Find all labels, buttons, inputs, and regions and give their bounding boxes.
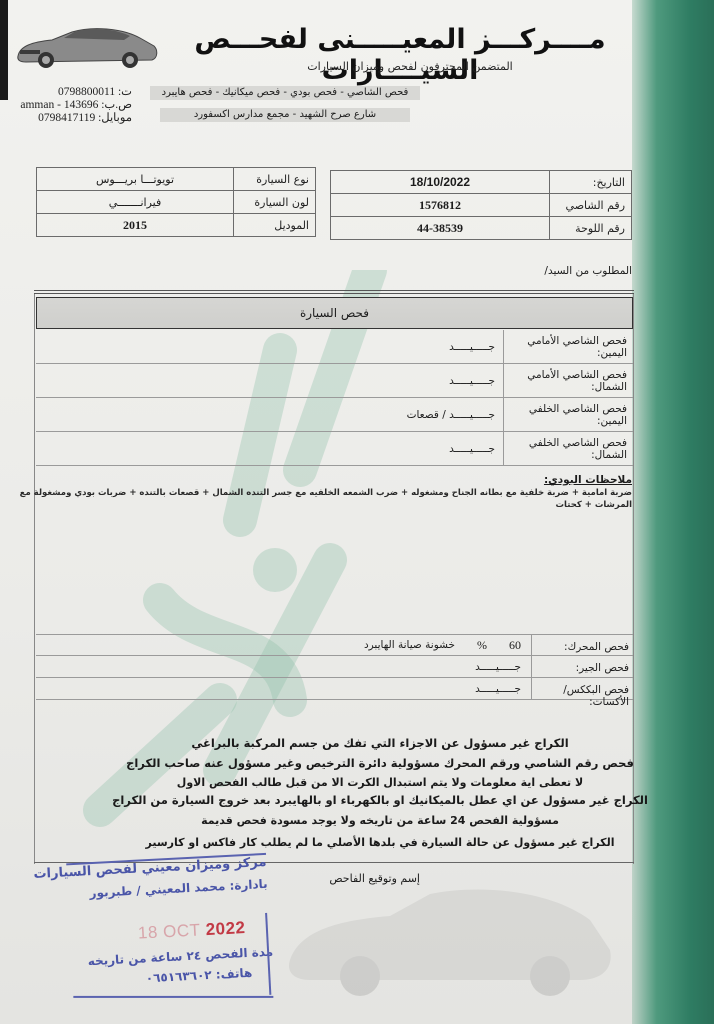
engine-check-label: فحص المحرك: <box>531 635 633 655</box>
gear-check-value: جـــــيـــــد <box>475 656 521 677</box>
disclaimer-line: الكراج غير مسؤول عن حالة السيارة في بلده… <box>100 836 660 849</box>
stamp-validity-line: مدة الفحص ٢٤ ساعة من تاريخه <box>87 945 273 969</box>
stamp-date-month: OCT <box>163 920 201 941</box>
registration-table: التاريخ: 18/10/2022 رقم الشاصي 1576812 ر… <box>330 170 632 240</box>
car-logo-icon <box>12 20 160 72</box>
type-label: نوع السيارة <box>234 168 316 191</box>
chassis-check-value: جـــــيـــــد / قصعات <box>407 398 495 431</box>
scan-edge <box>0 0 8 100</box>
chassis-check-label: فحص الشاصي الخلفي الشمال: <box>503 432 633 465</box>
chassis-check-label: فحص الشاصي الخلفي اليمين: <box>503 398 633 431</box>
engine-check-value-group: 60 % خشونة صيانة الهايبرد <box>364 635 521 655</box>
gear-check-label: فحص الجير: <box>531 656 633 677</box>
disclaimer-line: فحص رقم الشاصي ورقم المحرك مسؤولية دائرة… <box>100 756 660 770</box>
axle-check-value: جـــــيـــــد <box>475 678 521 699</box>
engine-note: خشونة صيانة الهايبرد <box>364 639 455 651</box>
chassis-value: 1576812 <box>331 194 550 217</box>
date-label: التاريخ: <box>550 171 632 194</box>
inspection-header: فحص السيارة <box>36 297 633 329</box>
disclaimer-line: لا تعطى اية معلومات ولا يتم استبدال الكر… <box>100 776 660 789</box>
engine-percent-value: 60 <box>509 638 521 653</box>
stamp-border <box>73 996 273 998</box>
stamp-date-year: 2022 <box>205 918 246 939</box>
chassis-check-row: فحص الشاصي الأمامي اليمين: جـــــيـــــد <box>36 330 633 364</box>
disclaimer-line: الكراج غير مسؤول عن اي عطل بالميكانيك او… <box>100 793 660 807</box>
type-value: تويوتـــا بريـــوس <box>37 168 234 191</box>
gear-check-row: فحص الجير: جـــــيـــــد <box>36 656 633 678</box>
chassis-check-value: جـــــيـــــد <box>449 432 495 465</box>
plate-label: رقم اللوحة <box>550 217 632 240</box>
axle-check-row: فحص البككس/ الأكسات: جـــــيـــــد <box>36 678 633 700</box>
company-title: مــــركـــز المعيـــــنى لفحـــص السيـــ… <box>170 24 630 86</box>
chassis-check-row: فحص الشاصي الخلفي الشمال: جـــــيـــــد <box>36 432 633 466</box>
chassis-check-label: فحص الشاصي الأمامي الشمال: <box>503 364 633 397</box>
stamp-phone-line: هاتف: ٠٦٥١٦٣٦٠٢ <box>145 966 252 986</box>
company-subtitle: المتضمن المحترفون لفحص وميزان السيارات <box>230 60 590 73</box>
engine-check-row: فحص المحرك: 60 % خشونة صيانة الهايبرد <box>36 634 633 656</box>
chassis-check-value: جـــــيـــــد <box>449 330 495 363</box>
contact-block: ت: 0798800011 ص.ب: 143696 - amman موبايل… <box>0 86 132 125</box>
brand-band: Al Maini Car Test Center <box>632 0 714 1024</box>
vehicle-table: نوع السيارة تويوتـــا بريـــوس لون السيا… <box>36 167 316 237</box>
services-line: فحص الشاصي - فحص بودي - فحص ميكانيك - فح… <box>150 86 420 100</box>
contact-po-box: ص.ب: 143696 - amman <box>0 99 132 112</box>
chassis-check-row: فحص الشاصي الخلفي اليمين: جـــــيـــــد … <box>36 398 633 432</box>
contact-mobile: موبايل: 0798417119 <box>0 112 132 125</box>
body-notes-text: ضربة امامية + ضربة خلفية مع بطانه الجناح… <box>4 487 632 511</box>
color-value: فيرانـــــــي <box>37 191 234 214</box>
axle-check-label: فحص البككس/ الأكسات: <box>531 678 633 699</box>
contact-phone: ت: 0798800011 <box>0 86 132 99</box>
color-label: لون السيارة <box>234 191 316 214</box>
engine-percent-unit: % <box>477 638 487 653</box>
model-label: الموديل <box>234 214 316 237</box>
inspector-signature-label: إسم وتوقيع الفاحص <box>300 872 420 885</box>
plate-value: 44-38539 <box>331 217 550 240</box>
chassis-check-value: جـــــيـــــد <box>449 364 495 397</box>
company-stamp: مركز وميزان معيني لفحص السيارات بادارة: … <box>56 852 284 1013</box>
ghost-car-icon <box>280 880 620 1000</box>
model-value: 2015 <box>37 214 234 237</box>
disclaimer-line: مسؤولية الفحص 24 ساعة من تاريخه ولا يوجد… <box>100 814 660 827</box>
stamp-date: 18 OCT 2022 <box>137 918 246 944</box>
chassis-check-label: فحص الشاصي الأمامي اليمين: <box>503 330 633 363</box>
disclaimer-line: الكراج غير مسؤول عن الاجزاء التي تفك من … <box>100 736 660 750</box>
stamp-date-day: 18 <box>137 923 158 943</box>
inspection-report-page: Al Maini Car Test Center مــــركـــز الم… <box>0 0 714 1024</box>
date-value: 18/10/2022 <box>331 171 550 194</box>
chassis-check-row: فحص الشاصي الأمامي الشمال: جـــــيـــــد <box>36 364 633 398</box>
chassis-label: رقم الشاصي <box>550 194 632 217</box>
body-notes-label: ملاحظات البودي: <box>460 474 632 486</box>
address-line: شارع صرح الشهيد - مجمع مدارس اكسفورد <box>160 108 410 122</box>
requested-by-label: المطلوب من السيد/ <box>480 265 632 277</box>
stamp-manager-line: بادارة: محمد المعيني / طبربور <box>89 877 268 900</box>
